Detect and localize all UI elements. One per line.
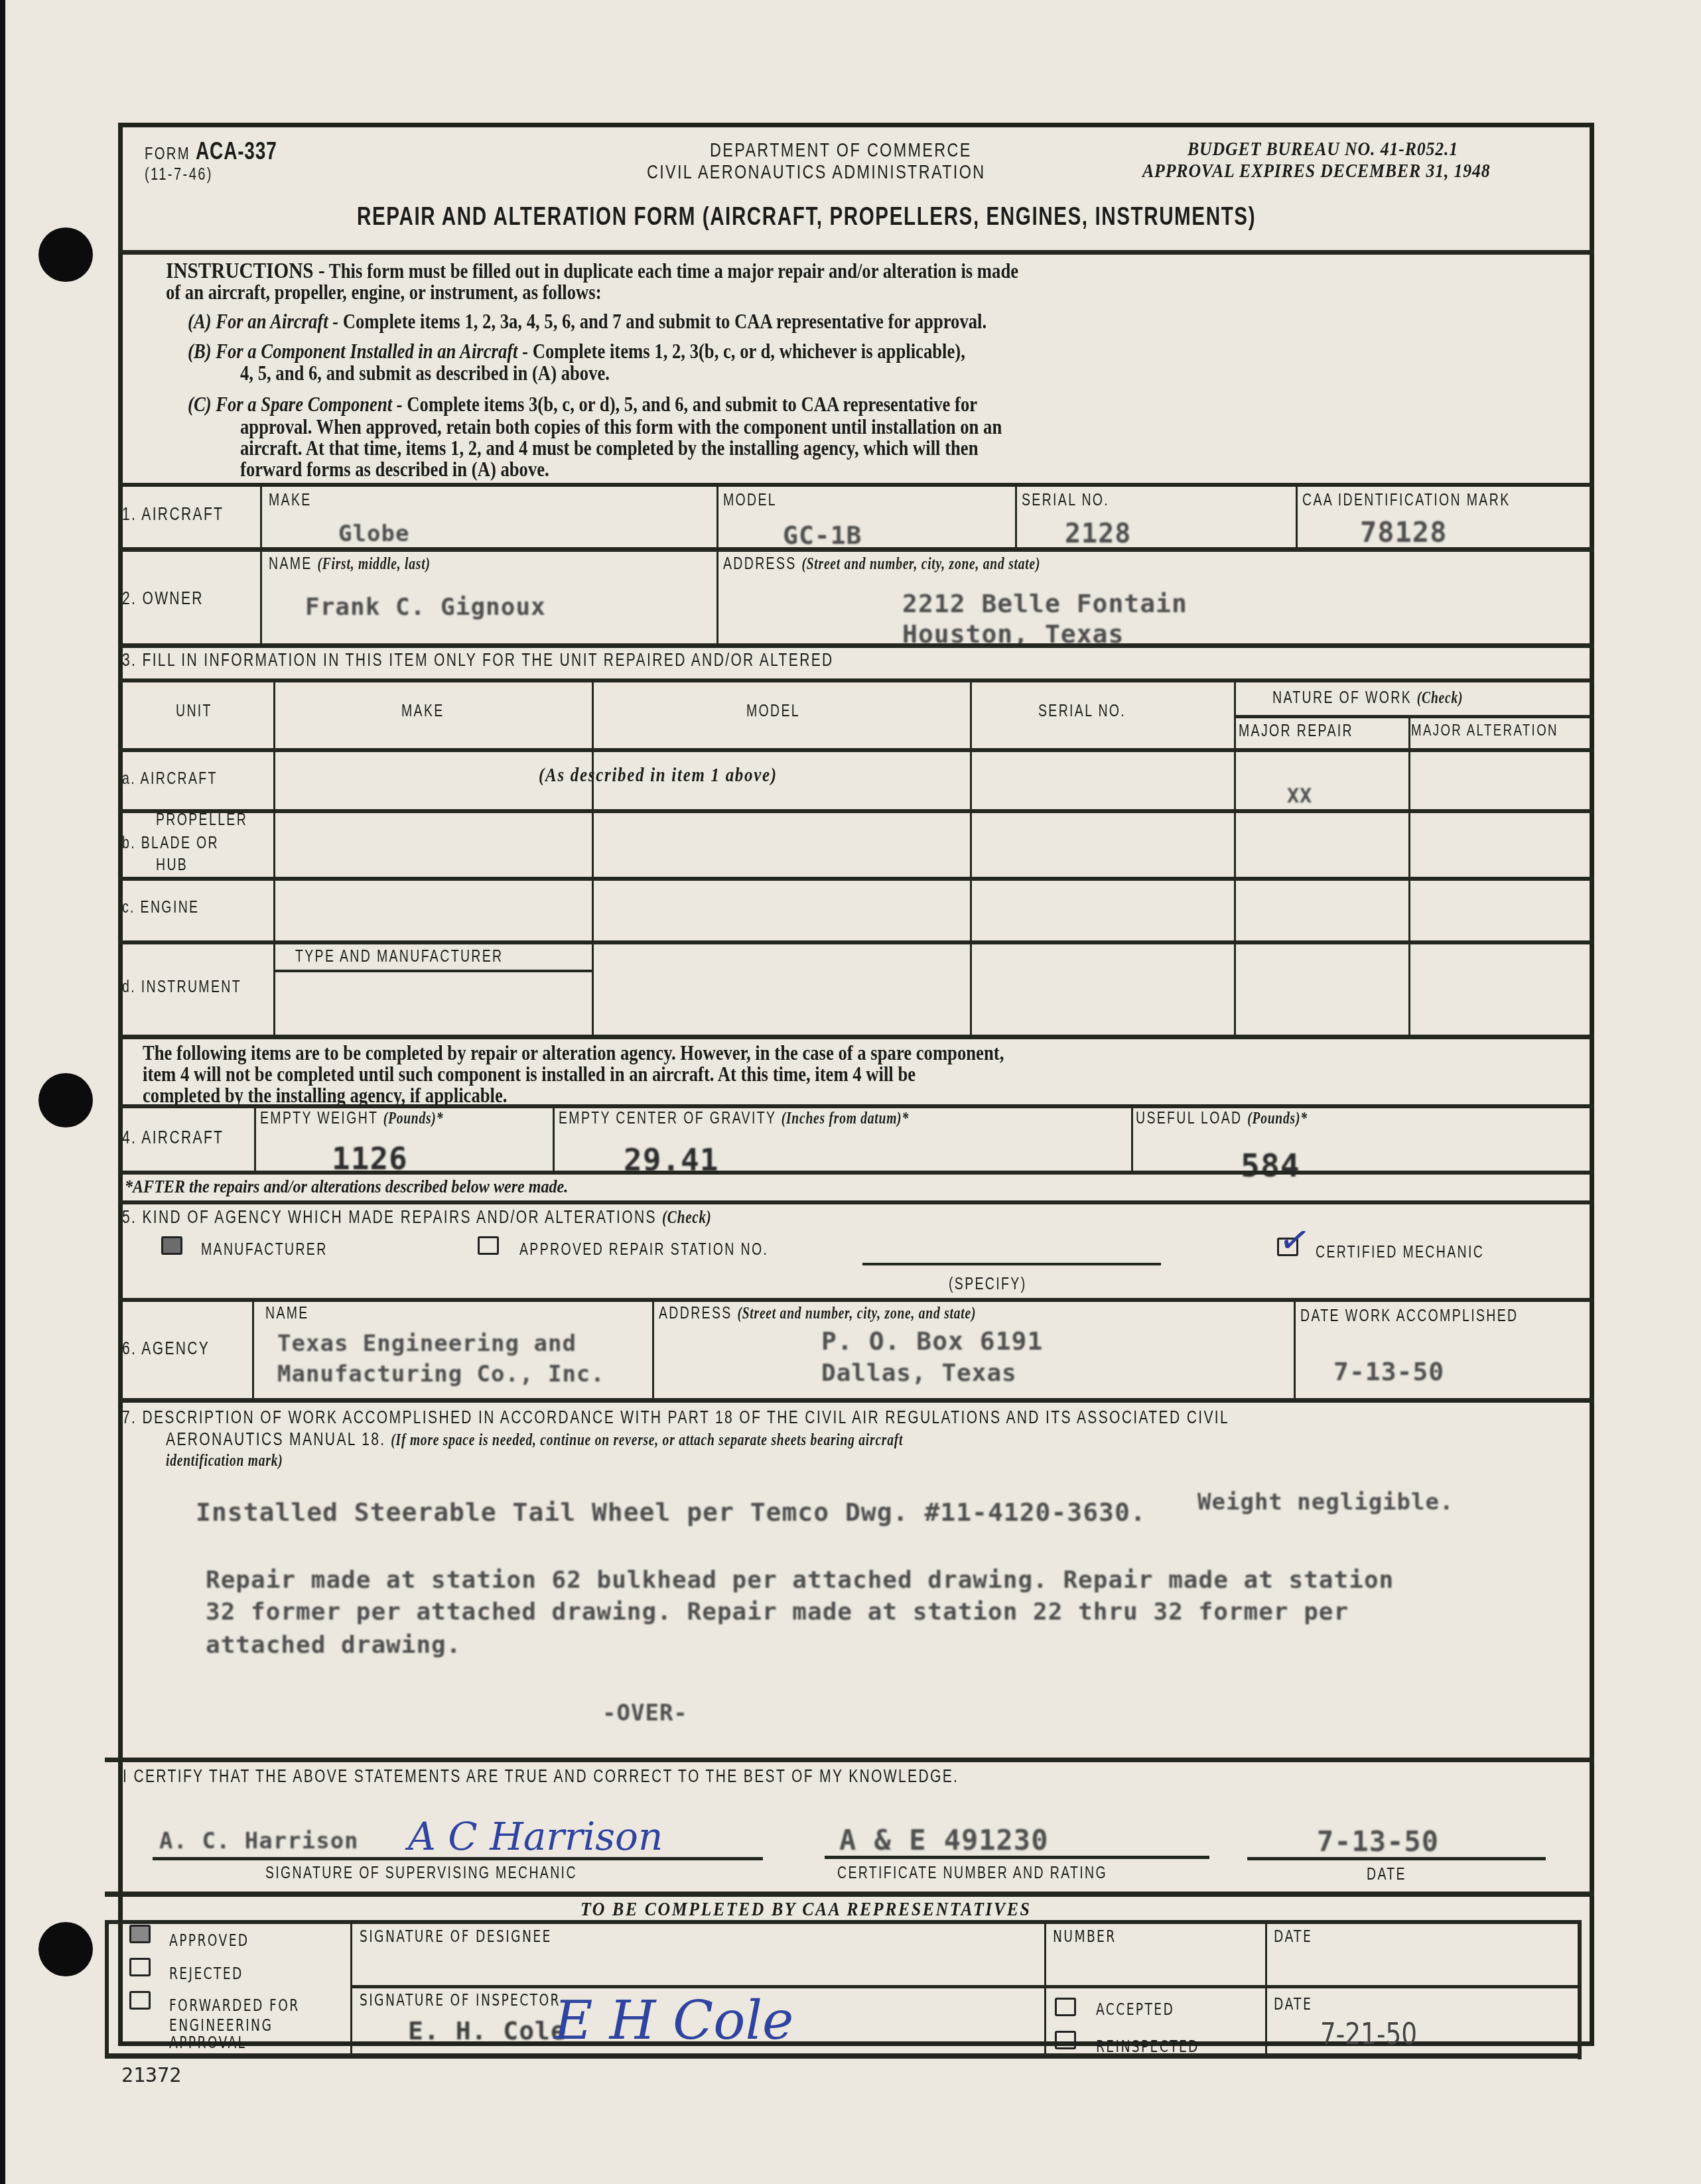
instruction-c-cont2: aircraft. At that time, items 1, 2, and … bbox=[240, 436, 979, 460]
aircraft-serial[interactable]: 2128 bbox=[1065, 519, 1131, 549]
agency-name-label: NAME bbox=[265, 1304, 309, 1323]
certificate-label: CERTIFICATE NUMBER AND RATING bbox=[837, 1864, 1107, 1883]
inspector-date-label: DATE bbox=[1274, 1995, 1312, 2014]
agency-note-line1: The following items are to be completed … bbox=[143, 1041, 1004, 1065]
item6-label: 6. AGENCY bbox=[122, 1338, 210, 1359]
agency-name-line1[interactable]: Texas Engineering and bbox=[277, 1330, 577, 1357]
inspector-signature-label: SIGNATURE OF INSPECTOR bbox=[360, 1991, 561, 2010]
make-header: MAKE bbox=[401, 702, 444, 721]
administration: CIVIL AERONAUTICS ADMINISTRATION bbox=[647, 161, 985, 184]
rejected-checkbox[interactable] bbox=[129, 1958, 151, 1976]
punch-hole bbox=[38, 1922, 93, 1976]
item1-label: 1. AIRCRAFT bbox=[122, 504, 224, 525]
item4-footnote: *AFTER the repairs and/or alterations de… bbox=[125, 1177, 568, 1198]
description-line2[interactable]: Repair made at station 62 bulkhead per a… bbox=[206, 1567, 1394, 1594]
item4-label: 4. AIRCRAFT bbox=[122, 1127, 224, 1148]
mechanic-signature[interactable]: A C Harrison bbox=[408, 1814, 663, 1859]
owner-name-label: NAME (First, middle, last) bbox=[269, 554, 431, 574]
certify-statement: I CERTIFY THAT THE ABOVE STATEMENTS ARE … bbox=[123, 1766, 959, 1787]
number-label: NUMBER bbox=[1053, 1927, 1117, 1946]
unit-propeller-l3: HUB bbox=[156, 856, 188, 875]
aircraft-model[interactable]: GC-1B bbox=[783, 521, 862, 550]
agency-note-line2: item 4 will not be completed until such … bbox=[143, 1062, 916, 1086]
useful-load[interactable]: 584 bbox=[1241, 1147, 1300, 1185]
forwarded-label-l1: FORWARDED FOR bbox=[169, 1996, 300, 2015]
date-work-accomplished[interactable]: 7-13-50 bbox=[1333, 1357, 1444, 1386]
form-number: FORM ACA-337 bbox=[145, 137, 277, 165]
item7-label: 7. DESCRIPTION OF WORK ACCOMPLISHED IN A… bbox=[122, 1407, 1229, 1428]
specify-label: (SPECIFY) bbox=[949, 1275, 1026, 1294]
serial-label: SERIAL NO. bbox=[1022, 491, 1109, 510]
description-line1[interactable]: Installed Steerable Tail Wheel per Temco… bbox=[196, 1498, 1146, 1527]
form-date: (11-7-46) bbox=[145, 164, 213, 184]
rejected-label: REJECTED bbox=[169, 1964, 243, 1983]
caa-section-title: TO BE COMPLETED BY CAA REPRESENTATIVES bbox=[580, 1898, 1031, 1921]
budget-bureau: BUDGET BUREAU NO. 41-R052.1 bbox=[1188, 138, 1458, 161]
owner-name[interactable]: Frank C. Gignoux bbox=[305, 594, 546, 621]
manufacturer-label: MANUFACTURER bbox=[201, 1240, 328, 1259]
approved-repair-station-label: APPROVED REPAIR STATION NO. bbox=[519, 1240, 768, 1259]
owner-address-line1[interactable]: 2212 Belle Fontain bbox=[902, 589, 1188, 618]
instruction-c: (C) For a Spare Component - Complete ite… bbox=[188, 393, 977, 417]
model-label: MODEL bbox=[723, 491, 777, 510]
designee-signature-label: SIGNATURE OF DESIGNEE bbox=[360, 1927, 552, 1946]
instruction-b: (B) For a Component Installed in an Airc… bbox=[188, 340, 965, 363]
signature-label: SIGNATURE OF SUPERVISING MECHANIC bbox=[265, 1864, 577, 1883]
certificate-number[interactable]: A & E 491230 bbox=[839, 1824, 1048, 1856]
department: DEPARTMENT OF COMMERCE bbox=[710, 139, 972, 162]
agency-address-label: ADDRESS (Street and number, city, zone, … bbox=[659, 1304, 976, 1323]
owner-address-label: ADDRESS (Street and number, city, zone, … bbox=[723, 554, 1040, 574]
certification-date[interactable]: 7-13-50 bbox=[1317, 1825, 1439, 1858]
certified-mechanic-label: CERTIFIED MECHANIC bbox=[1316, 1243, 1484, 1262]
agency-name-line2[interactable]: Manufacturing Co., Inc. bbox=[277, 1361, 605, 1387]
date-work-accomplished-label: DATE WORK ACCOMPLISHED bbox=[1300, 1307, 1518, 1326]
unit-header: UNIT bbox=[176, 702, 212, 721]
item7-hint-cont: identification mark) bbox=[166, 1451, 283, 1470]
major-repair-aircraft-mark[interactable]: XX bbox=[1287, 785, 1312, 808]
unit-propeller-l1: PROPELLER bbox=[156, 810, 247, 830]
description-line1b[interactable]: Weight negligible. bbox=[1197, 1489, 1454, 1515]
unit-engine: c. ENGINE bbox=[122, 898, 199, 917]
form-title: REPAIR AND ALTERATION FORM (AIRCRAFT, PR… bbox=[357, 203, 1256, 231]
forwarded-label-l2: ENGINEERING bbox=[169, 2016, 273, 2035]
inspector-signature[interactable]: E H Cole bbox=[554, 1990, 793, 2051]
forwarded-label-l3: APPROVAL bbox=[169, 2033, 246, 2052]
approval-expires: APPROVAL EXPIRES DECEMBER 31, 1948 bbox=[1142, 160, 1491, 182]
accepted-checkbox[interactable] bbox=[1055, 1998, 1076, 2016]
caa-mark-label: CAA IDENTIFICATION MARK bbox=[1302, 491, 1510, 510]
aircraft-make[interactable]: Globe bbox=[338, 521, 409, 547]
instruction-c-cont3: forward forms as described in (A) above. bbox=[240, 458, 549, 482]
inspector-typed-name[interactable]: E. H. Cole bbox=[408, 2016, 567, 2045]
description-line4[interactable]: attached drawing. bbox=[206, 1632, 461, 1659]
model-header: MODEL bbox=[746, 702, 800, 721]
item3-label: 3. FILL IN INFORMATION IN THIS ITEM ONLY… bbox=[122, 650, 834, 671]
reinspected-checkbox[interactable] bbox=[1055, 2031, 1076, 2049]
major-alteration-header: MAJOR ALTERATION bbox=[1411, 722, 1558, 740]
accepted-label: ACCEPTED bbox=[1096, 2000, 1174, 2019]
approved-label: APPROVED bbox=[169, 1931, 249, 1950]
serial-header: SERIAL NO. bbox=[1038, 702, 1126, 721]
empty-weight-label: EMPTY WEIGHT (Pounds)* bbox=[260, 1109, 443, 1128]
manufacturer-checkbox[interactable] bbox=[161, 1236, 182, 1255]
useful-load-label: USEFUL LOAD (Pounds)* bbox=[1136, 1109, 1308, 1128]
approved-repair-station-checkbox[interactable] bbox=[478, 1236, 499, 1255]
certification-date-label: DATE bbox=[1367, 1865, 1406, 1884]
make-label: MAKE bbox=[269, 491, 312, 510]
approved-checkbox[interactable] bbox=[129, 1925, 151, 1943]
unit-instrument: d. INSTRUMENT bbox=[122, 978, 241, 997]
type-manufacturer-label: TYPE AND MANUFACTURER bbox=[295, 947, 504, 966]
designee-date-label: DATE bbox=[1274, 1927, 1312, 1946]
repair-station-number-field[interactable] bbox=[862, 1263, 1161, 1265]
punch-hole bbox=[38, 1073, 93, 1127]
nature-of-work-header: NATURE OF WORK (Check) bbox=[1272, 688, 1463, 708]
item2-label: 2. OWNER bbox=[122, 588, 204, 609]
caa-identification-mark[interactable]: 78128 bbox=[1360, 516, 1447, 548]
item5-label: 5. KIND OF AGENCY WHICH MADE REPAIRS AND… bbox=[122, 1207, 712, 1228]
agency-address-line1[interactable]: P. O. Box 6191 bbox=[821, 1326, 1043, 1356]
page-edge bbox=[0, 0, 5, 2184]
unit-aircraft: a. AIRCRAFT bbox=[122, 769, 218, 789]
instruction-c-cont1: approval. When approved, retain both cop… bbox=[240, 415, 1002, 439]
unit-propeller-l2: b. BLADE OR bbox=[122, 834, 219, 853]
agency-address-line2[interactable]: Dallas, Texas bbox=[821, 1360, 1017, 1387]
forwarded-checkbox[interactable] bbox=[129, 1991, 151, 2010]
over-label: -OVER- bbox=[602, 1700, 688, 1726]
punch-hole bbox=[38, 227, 93, 282]
instruction-a: (A) For an Aircraft - Complete items 1, … bbox=[188, 310, 987, 334]
item7-label-cont: AERONAUTICS MANUAL 18. (If more space is… bbox=[166, 1429, 903, 1450]
major-repair-header: MAJOR REPAIR bbox=[1239, 722, 1353, 741]
inspector-date[interactable]: 7-21-50 bbox=[1320, 2018, 1417, 2051]
reinspected-label: REINSPECTED bbox=[1096, 2037, 1199, 2056]
mechanic-typed-name[interactable]: A. C. Harrison bbox=[159, 1828, 359, 1854]
instruction-b-cont: 4, 5, and 6, and submit as described in … bbox=[240, 361, 610, 385]
instructions-line2: of an aircraft, propeller, engine, or in… bbox=[166, 281, 602, 304]
document-number: 21372 bbox=[121, 2064, 181, 2087]
description-line3[interactable]: 32 former per attached drawing. Repair m… bbox=[206, 1598, 1349, 1626]
cg-label: EMPTY CENTER OF GRAVITY (Inches from dat… bbox=[559, 1109, 909, 1128]
aircraft-note: (As described in item 1 above) bbox=[539, 765, 778, 787]
